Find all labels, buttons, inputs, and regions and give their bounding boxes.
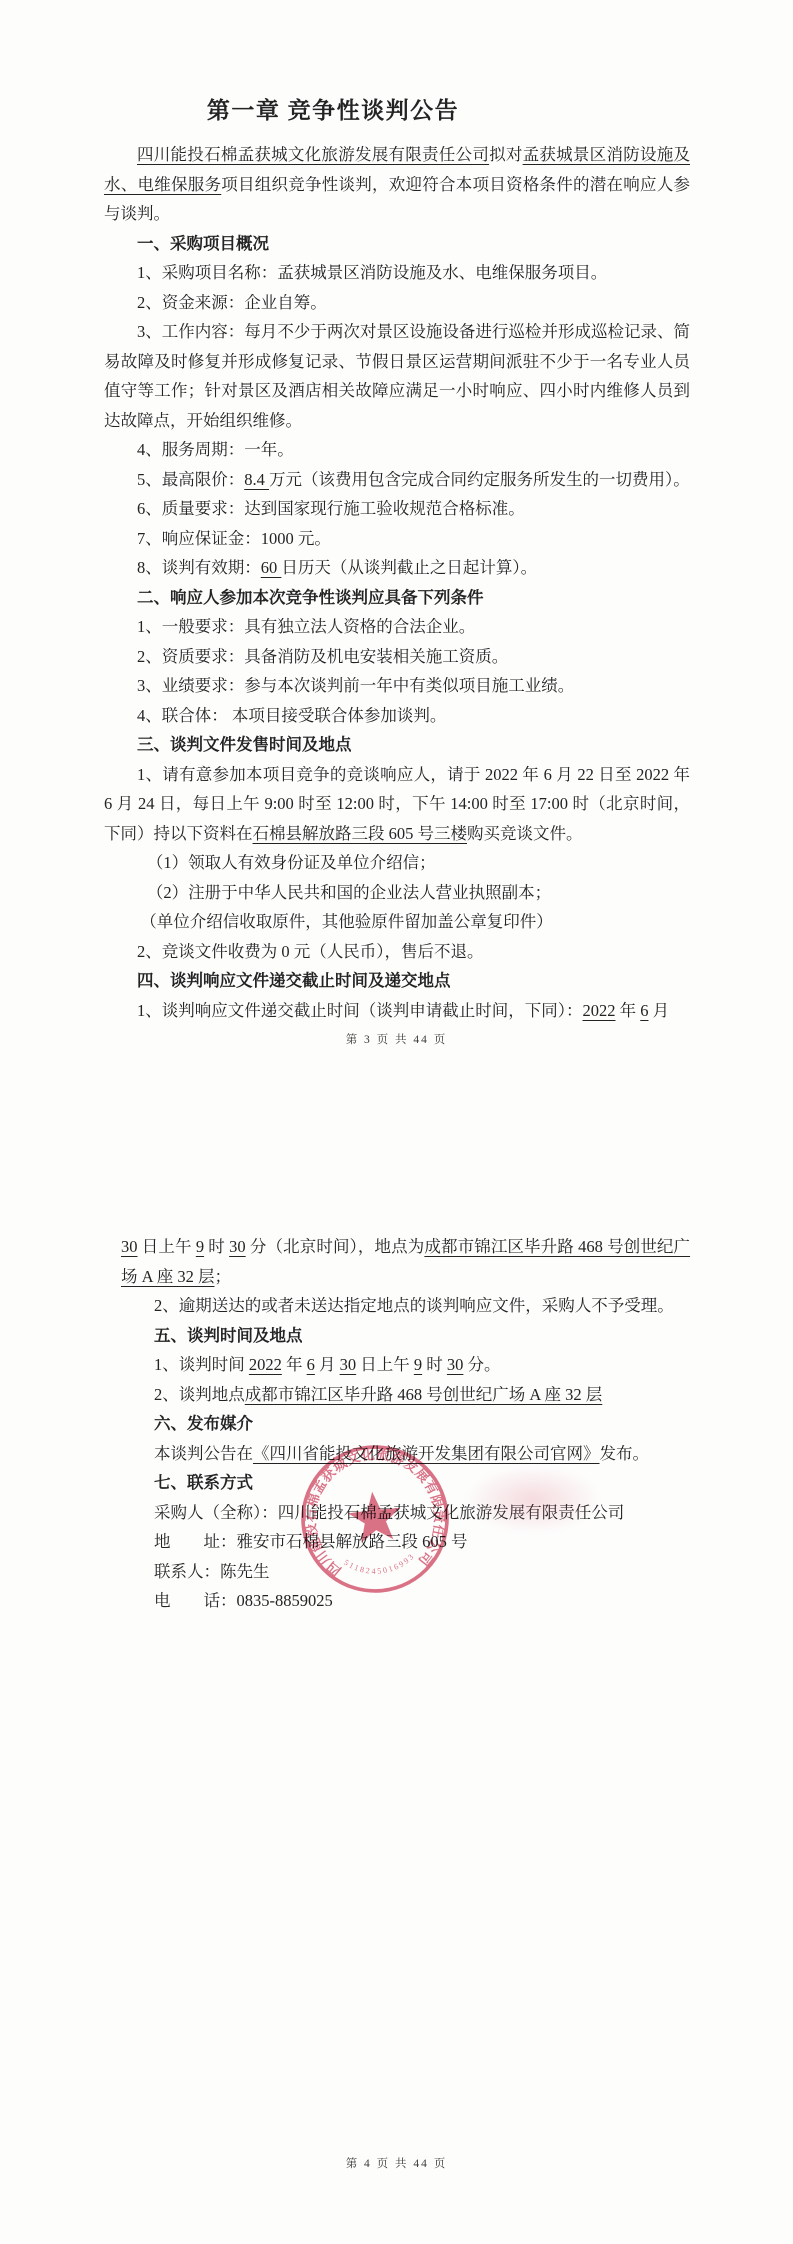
paragraph: 7、响应保证金：1000 元。 (104, 524, 690, 554)
paragraph: 联系人：陈先生 (121, 1557, 690, 1587)
paragraph: 2、资金来源：企业自筹。 (104, 288, 690, 318)
paragraph: 1、一般要求：具有独立法人资格的合法企业。 (104, 612, 690, 642)
paragraph: 4、联合体： 本项目接受联合体参加谈判。 (104, 701, 690, 731)
paragraph: 2、竞谈文件收费为 0 元（人民币），售后不退。 (104, 937, 690, 967)
section-heading-5: 五、谈判时间及地点 (121, 1321, 690, 1351)
chapter-title: 第一章 竞争性谈判公告 (40, 93, 626, 129)
paragraph: 本谈判公告在《四川省能投文化旅游开发集团有限公司官网》发布。 (121, 1439, 690, 1469)
paragraph: （1）领取人有效身份证及单位介绍信； (104, 848, 690, 878)
paragraph: 1、采购项目名称：孟获城景区消防设施及水、电维保服务项目。 (104, 258, 690, 288)
page-3-blocks: 四川能投石棉孟获城文化旅游发展有限责任公司拟对孟获城景区消防设施及水、电维保服务… (104, 140, 690, 1025)
paragraph: 3、业绩要求：参与本次谈判前一年中有类似项目施工业绩。 (104, 671, 690, 701)
paragraph: 3、工作内容：每月不少于两次对景区设施设备进行巡检并形成巡检记录、简易故障及时修… (104, 317, 690, 435)
section-heading-7: 七、联系方式 (121, 1468, 690, 1498)
section-heading-6: 六、发布媒介 (121, 1409, 690, 1439)
section-heading-1: 一、采购项目概况 (104, 229, 690, 259)
page-3-body: 第一章 竞争性谈判公告 四川能投石棉孟获城文化旅游发展有限责任公司拟对孟获城景区… (104, 93, 690, 1025)
page-footer: 第 4 页 共 44 页 (0, 2155, 793, 2171)
paragraph: 4、服务周期：一年。 (104, 435, 690, 465)
paragraph: 2、谈判地点成都市锦江区毕升路 468 号创世纪广场 A 座 32 层 (121, 1380, 690, 1410)
page-footer: 第 3 页 共 44 页 (0, 1031, 793, 1047)
page-4-blocks: 30 日上午 9 时 30 分（北京时间），地点为成都市锦江区毕升路 468 号… (121, 1232, 690, 1616)
paragraph: 2、逾期送达的或者未送达指定地点的谈判响应文件，采购人不予受理。 (121, 1291, 690, 1321)
intro-paragraph: 四川能投石棉孟获城文化旅游发展有限责任公司拟对孟获城景区消防设施及水、电维保服务… (104, 140, 690, 229)
paragraph: 1、请有意参加本项目竞争的竞谈响应人，请于 2022 年 6 月 22 日至 2… (104, 760, 690, 849)
paragraph: 1、谈判时间 2022 年 6 月 30 日上午 9 时 30 分。 (121, 1350, 690, 1380)
section-heading-2: 二、响应人参加本次竞争性谈判应具备下列条件 (104, 583, 690, 613)
paragraph: 1、谈判响应文件递交截止时间（谈判申请截止时间，下同）：2022 年 6 月 (104, 996, 690, 1026)
page-3: 第一章 竞争性谈判公告 四川能投石棉孟获城文化旅游发展有限责任公司拟对孟获城景区… (0, 0, 793, 1122)
paragraph: 电 话：0835-8859025 (121, 1586, 690, 1616)
paragraph: （单位介绍信收取原件，其他验原件留加盖公章复印件） (104, 907, 690, 937)
paragraph: 2、资质要求：具备消防及机电安装相关施工资质。 (104, 642, 690, 672)
paragraph: （2）注册于中华人民共和国的企业法人营业执照副本； (104, 878, 690, 908)
paragraph: 5、最高限价：8.4 万元（该费用包含完成合同约定服务所发生的一切费用）。 (104, 465, 690, 495)
paragraph: 地 址：雅安市石棉县解放路三段 605 号 (121, 1527, 690, 1557)
document-scan: 第一章 竞争性谈判公告 四川能投石棉孟获城文化旅游发展有限责任公司拟对孟获城景区… (0, 0, 793, 2244)
paragraph: 8、谈判有效期：60 日历天（从谈判截止之日起计算）。 (104, 553, 690, 583)
page-4: 30 日上午 9 时 30 分（北京时间），地点为成都市锦江区毕升路 468 号… (0, 1122, 793, 2244)
continued-paragraph: 30 日上午 9 时 30 分（北京时间），地点为成都市锦江区毕升路 468 号… (121, 1232, 690, 1291)
section-heading-4: 四、谈判响应文件递交截止时间及递交地点 (104, 966, 690, 996)
section-heading-3: 三、谈判文件发售时间及地点 (104, 730, 690, 760)
paragraph: 6、质量要求：达到国家现行施工验收规范合格标准。 (104, 494, 690, 524)
page-4-body: 30 日上午 9 时 30 分（北京时间），地点为成都市锦江区毕升路 468 号… (121, 1232, 690, 1616)
paragraph: 采购人（全称）：四川能投石棉孟获城文化旅游发展有限责任公司 (121, 1498, 690, 1528)
